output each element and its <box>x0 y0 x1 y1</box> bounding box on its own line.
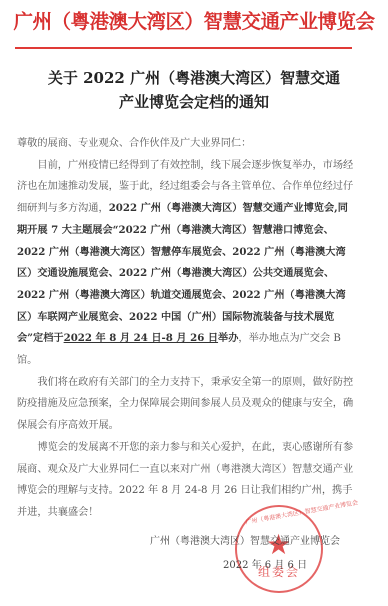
document-title: 关于 2022 广州（粤港澳大湾区）智慧交通 产业博览会定档的通知 <box>0 66 388 114</box>
paragraph-safety: 我们将在政府有关部门的全力支持下，秉承安全第一的原则，做好防控防疫措施及应急预案… <box>17 372 357 437</box>
official-seal: 广州（粤港澳大湾区）智慧交通产业博览会 ★ 组委会 <box>235 505 323 593</box>
document-title-line2: 产业博览会定档的通知 <box>0 90 388 114</box>
header-title: 广州（粤港澳大湾区）智慧交通产业博览会 <box>0 6 388 34</box>
document-body: 尊敬的展商、专业观众、合作伙伴及广大业界同仁： 目前，广州疫情已经得到了有效控制… <box>17 133 357 524</box>
header-divider <box>15 47 352 49</box>
greeting: 尊敬的展商、专业观众、合作伙伴及广大业界同仁： <box>17 133 357 155</box>
document-title-line1: 关于 2022 广州（粤港澳大湾区）智慧交通 <box>0 66 388 90</box>
exhibition-list: 2022 广州（粤港澳大湾区）智慧交通产业博览会,同期开展 7 大主题展会“20… <box>17 202 348 344</box>
signature-date: 2022 年 6 月 6 日 <box>223 556 307 571</box>
paragraph-announcement: 目前，广州疫情已经得到了有效控制，线下展会逐步恢复举办，市场经济也在加速推动发展… <box>17 155 357 372</box>
exhibition-dates: 2022 年 8 月 24 日-8 月 26 日 <box>64 332 218 344</box>
signature-organization: 广州（粤港澳大湾区）智慧交通产业博览会 <box>150 532 340 547</box>
held-label: 举办 <box>218 332 238 344</box>
